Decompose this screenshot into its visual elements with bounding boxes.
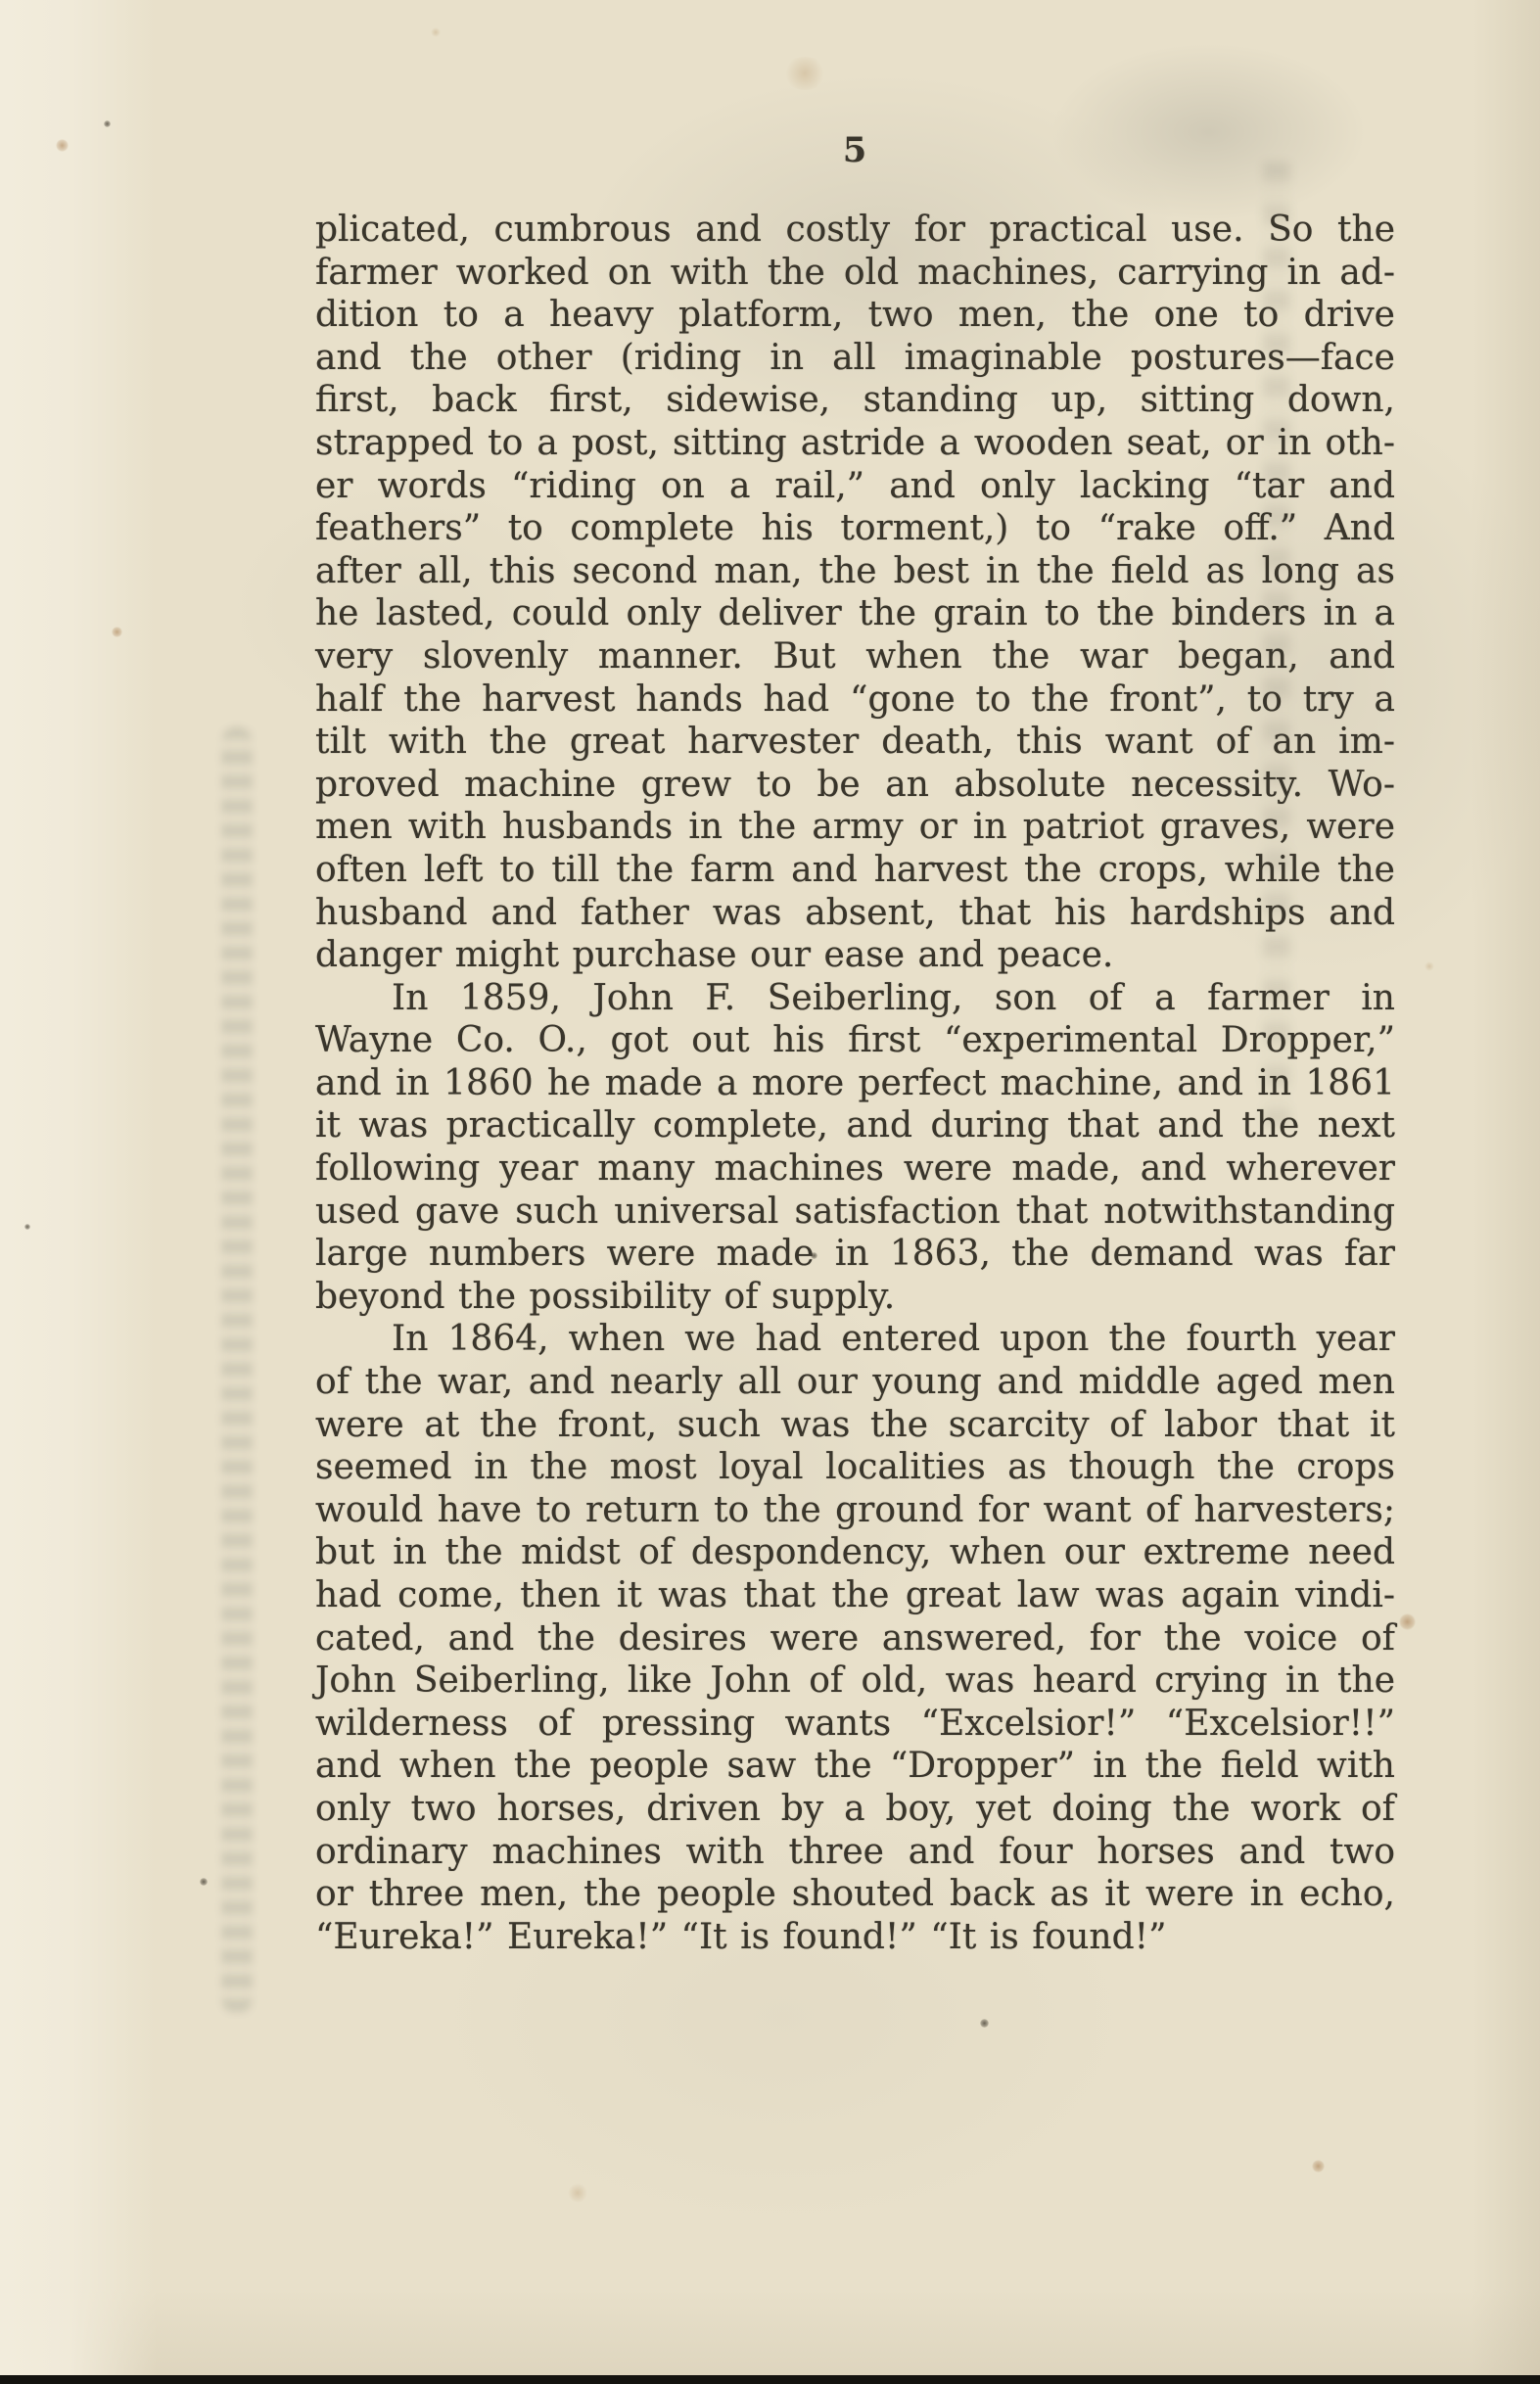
foxing-spot: [783, 57, 826, 90]
text-line: plicated, cumbrous and costly for practi…: [315, 209, 1395, 252]
ink-speck: [980, 2019, 989, 2028]
foxing-spot: [112, 627, 122, 637]
text-line: very slovenly manner. But when the war b…: [315, 635, 1395, 678]
text-line: were at the front, such was the scarcity…: [315, 1404, 1395, 1447]
scanned-book-page: 5 plicated, cumbrous and costly for prac…: [0, 0, 1540, 2376]
text-line: but in the midst of despondency, when ou…: [315, 1531, 1395, 1574]
scanner-edge-strip: [0, 2375, 1540, 2384]
text-line: half the harvest hands had “gone to the …: [315, 678, 1395, 722]
text-line: husband and father was absent, that his …: [315, 892, 1395, 935]
text-line: strapped to a post, sitting astride a wo…: [315, 422, 1395, 465]
foxing-spot: [1399, 1613, 1416, 1630]
text-line: beyond the possibility of supply.: [315, 1276, 1395, 1319]
text-line: he lasted, could only deliver the grain …: [315, 592, 1395, 635]
text-line: In 1864, when we had entered upon the fo…: [315, 1318, 1395, 1361]
text-line: men with husbands in the army or in patr…: [315, 806, 1395, 849]
text-line: of the war, and nearly all our young and…: [315, 1361, 1395, 1404]
text-line: “Eureka!” Eureka!” “It is found!” “It is…: [315, 1916, 1395, 1959]
text-line: first, back first, sidewise, standing up…: [315, 379, 1395, 422]
body-text: plicated, cumbrous and costly for practi…: [315, 209, 1395, 1958]
text-line: John Seiberling, like John of old, was h…: [315, 1659, 1395, 1703]
text-line: and in 1860 he made a more perfect machi…: [315, 1062, 1395, 1105]
text-line: or three men, the people shouted back as…: [315, 1873, 1395, 1916]
text-line: danger might purchase our ease and peace…: [315, 934, 1395, 977]
foxing-spot: [56, 139, 69, 152]
text-line: seemed in the most loyal localities as t…: [315, 1446, 1395, 1489]
text-line: following year many machines were made, …: [315, 1147, 1395, 1191]
text-line: Wayne Co. O., got out his first “experim…: [315, 1019, 1395, 1062]
text-line: wilderness of pressing wants “Excelsior!…: [315, 1703, 1395, 1746]
ink-speck: [24, 1224, 30, 1230]
text-line: ordinary machines with three and four ho…: [315, 1831, 1395, 1874]
text-line: In 1859, John F. Seiberling, son of a fa…: [315, 977, 1395, 1020]
text-line: often left to till the farm and harvest …: [315, 849, 1395, 892]
text-line: dition to a heavy platform, two men, the…: [315, 294, 1395, 337]
text-line: tilt with the great harvester death, thi…: [315, 721, 1395, 764]
bleed-through-ghost-text: [221, 726, 253, 2014]
text-line: er words “riding on a rail,” and only la…: [315, 465, 1395, 508]
text-line: farmer worked on with the old machines, …: [315, 252, 1395, 295]
text-line: feathers” to complete his torment,) to “…: [315, 507, 1395, 550]
page-number: 5: [315, 130, 1395, 170]
text-line: only two horses, driven by a boy, yet do…: [315, 1788, 1395, 1831]
foxing-spot: [1312, 2160, 1325, 2173]
text-line: proved machine grew to be an absolute ne…: [315, 764, 1395, 807]
text-line: and when the people saw the “Dropper” in…: [315, 1745, 1395, 1788]
text-line: it was practically complete, and during …: [315, 1104, 1395, 1147]
foxing-spot: [568, 2183, 587, 2203]
text-line: used gave such universal satisfaction th…: [315, 1191, 1395, 1234]
ink-speck: [104, 120, 111, 127]
text-line: large numbers were made in 1863, the dem…: [315, 1233, 1395, 1276]
foxing-spot: [431, 27, 441, 37]
text-line: after all, this second man, the best in …: [315, 550, 1395, 593]
text-line: cated, and the desires were answered, fo…: [315, 1617, 1395, 1660]
text-line: had come, then it was that the great law…: [315, 1574, 1395, 1617]
ink-speck: [200, 1878, 208, 1886]
foxing-spot: [1424, 961, 1434, 971]
text-line: and the other (riding in all imaginable …: [315, 337, 1395, 380]
text-line: would have to return to the ground for w…: [315, 1489, 1395, 1532]
